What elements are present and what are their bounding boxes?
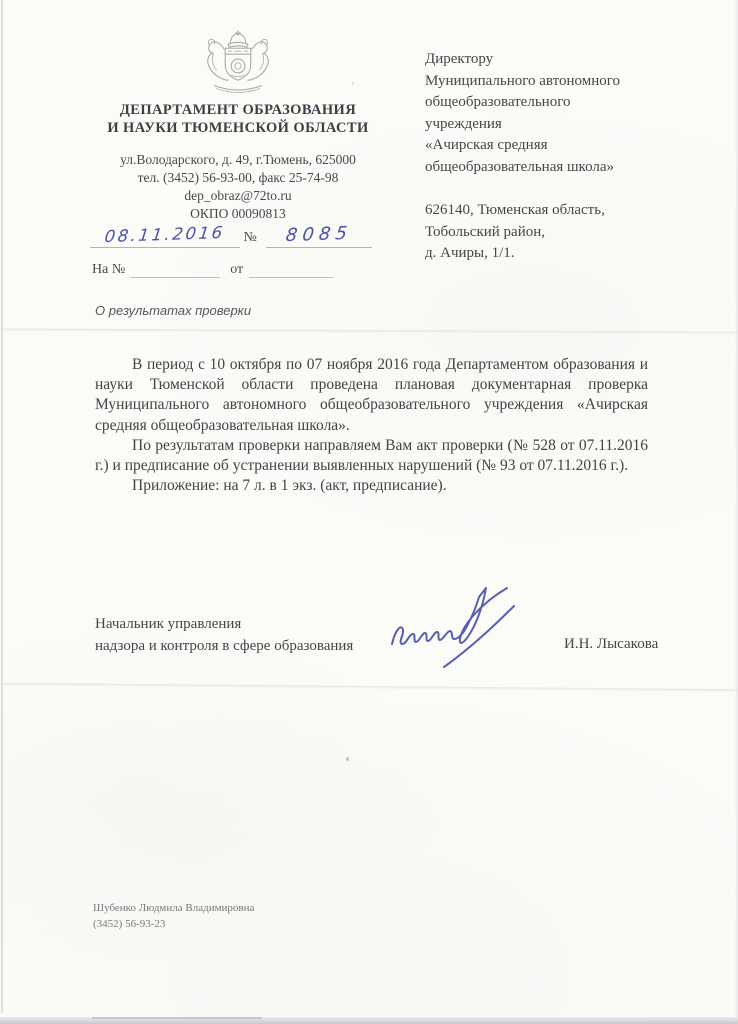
executor-phone: (3452) 56-93-23	[93, 916, 254, 932]
handwritten-number: 8085	[285, 223, 354, 246]
signer-position: Начальник управления надзора и контроля …	[95, 613, 353, 657]
reply-number-blank	[130, 263, 220, 278]
fold-crease-bottom	[0, 683, 738, 693]
addressee-line: учреждения	[425, 114, 670, 136]
addressee-postal-line: Тобольский район,	[425, 222, 670, 244]
addressee-block: Директору Муниципального автономного общ…	[425, 49, 670, 265]
addressee-line: «Ачирская средняя	[425, 135, 670, 157]
signer-name: И.Н. Лысакова	[564, 636, 658, 653]
org-phone-fax: тел. (3452) 56-93-00, факс 25-74-98	[88, 169, 388, 187]
scan-edge-bottom-shadow	[92, 1017, 262, 1019]
org-email: dep_obraz@72to.ru	[88, 187, 388, 205]
org-address: ул.Володарского, д. 49, г.Тюмень, 625000	[88, 151, 388, 169]
reply-date-label: от	[230, 262, 243, 277]
org-name-line1: ДЕПАРТАМЕНТ ОБРАЗОВАНИЯ	[88, 101, 388, 119]
executor-name: Шубенко Людмила Владимировна	[93, 900, 254, 916]
reply-date-blank	[249, 263, 333, 278]
body-paragraph-1: В период с 10 октября по 07 ноября 2016 …	[95, 355, 648, 436]
fold-crease-top	[0, 328, 738, 334]
scan-edge-left	[1, 0, 3, 1013]
tyumen-oblast-coat-of-arms-icon	[179, 28, 297, 98]
addressee-line: общеобразовательного	[425, 92, 670, 114]
number-sign-label: №	[244, 230, 257, 248]
outgoing-number-field: 8085	[266, 224, 372, 248]
org-okpo: ОКПО 00090813	[88, 205, 388, 223]
scanned-letter-page: ДЕПАРТАМЕНТ ОБРАЗОВАНИЯ И НАУКИ ТЮМЕНСКО…	[0, 0, 738, 1024]
outgoing-reference-line: 08.11.2016 № 8085	[90, 224, 390, 248]
handwritten-signature-icon	[386, 582, 538, 676]
letter-body: В период с 10 октября по 07 ноября 2016 …	[95, 355, 648, 496]
org-name-line2: И НАУКИ ТЮМЕНСКОЙ ОБЛАСТИ	[88, 119, 388, 137]
reply-reference-line: На №от	[92, 262, 333, 278]
addressee-line: Директору	[425, 49, 670, 71]
signer-position-line1: Начальник управления	[95, 613, 353, 635]
letterhead: ДЕПАРТАМЕНТ ОБРАЗОВАНИЯ И НАУКИ ТЮМЕНСКО…	[88, 28, 388, 223]
reply-number-label: На №	[92, 262, 125, 277]
attachment-line: Приложение: на 7 л. в 1 экз. (акт, предп…	[95, 476, 648, 496]
body-paragraph-2: По результатам проверки направляем Вам а…	[95, 436, 648, 476]
executor-block: Шубенко Людмила Владимировна (3452) 56-9…	[93, 900, 254, 932]
addressee-line: Муниципального автономного	[425, 71, 670, 93]
addressee-line: общеобразовательная школа»	[425, 157, 670, 179]
addressee-postal-line: 626140, Тюменская область,	[425, 200, 670, 222]
outgoing-date-field: 08.11.2016	[90, 225, 240, 248]
handwritten-date: 08.11.2016	[104, 223, 226, 246]
addressee-postal-line: д. Ачиры, 1/1.	[425, 243, 670, 265]
subject-line: О результатах проверки	[95, 303, 251, 318]
paper-speck	[346, 757, 349, 761]
signer-position-line2: надзора и контроля в сфере образования	[95, 635, 353, 657]
